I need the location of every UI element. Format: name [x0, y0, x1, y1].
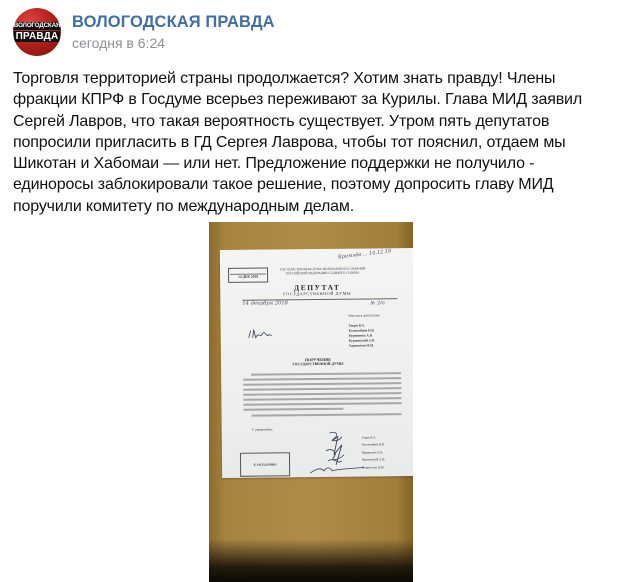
- body-text-line: [243, 387, 401, 390]
- avatar[interactable]: ВОЛОГОДСКАЯ ПРАВДА: [13, 8, 61, 56]
- document-subtitle: ГОСУДАРСТВЕННОЙ ДУМЫ: [220, 290, 413, 297]
- body-text-line: [252, 413, 402, 416]
- signer-name: Харитонов Н.М.: [362, 464, 385, 472]
- post-timestamp[interactable]: сегодня в 6:24: [72, 34, 275, 52]
- avatar-logo-line2: ПРАВДА: [14, 31, 61, 42]
- post-text: Торговля территорией страны продолжается…: [13, 68, 613, 217]
- body-text-line: [243, 397, 401, 400]
- body-text-line: [243, 392, 401, 395]
- signer-name: Коломейцев Н.В.: [362, 442, 385, 450]
- bottom-stamp: К ЗАСЕДАНИЮ: [240, 452, 290, 477]
- signers-list: Гаврв В.А. Коломейцев Н.В. Курвинова А.В…: [362, 434, 386, 471]
- stamp-date: 14 ДЕК 2018: [230, 276, 266, 280]
- body-text-line: [243, 408, 343, 411]
- avatar-logo-line1: ВОЛОГОДСКАЯ: [13, 22, 61, 30]
- header-text: ВОЛОГОДСКАЯ ПРАВДА сегодня в 6:24: [72, 12, 275, 52]
- body-text-line: [243, 382, 401, 385]
- closing-text: С уважением,: [252, 427, 273, 431]
- registration-stamp: 14 ДЕК 2018: [228, 268, 268, 283]
- post-photo[interactable]: Кремлёв ... 14.12.18 14 ДЕК 2018 ГОСУДАР…: [209, 222, 413, 582]
- signature-icon: [247, 327, 281, 341]
- body-text-line: [251, 372, 401, 375]
- body-text-line: [243, 377, 401, 380]
- signer-name: Курпенький А.В.: [362, 457, 385, 465]
- signatures-icon: [308, 430, 368, 477]
- deputies-list: Гаврв В.А. Коломейцев Н.В. Курвинова А.В…: [349, 323, 376, 348]
- body-text-line: [243, 402, 401, 405]
- introduced-by: Вносится депутатами: [348, 313, 379, 317]
- post-header: ВОЛОГОДСКАЯ ПРАВДА ВОЛОГОДСКАЯ ПРАВДА се…: [13, 8, 275, 56]
- handwritten-number: № 3/п: [370, 300, 384, 306]
- deputy-name: Харитонов Н.М.: [349, 343, 375, 348]
- handwritten-note-top: Кремлёв ... 14.12.18: [338, 246, 408, 260]
- handwritten-date: 14 декабря 2018: [242, 300, 288, 306]
- document-sheet: Кремлёв ... 14.12.18 14 ДЕК 2018 ГОСУДАР…: [220, 248, 413, 478]
- bottom-stamp-text: К ЗАСЕДАНИЮ: [242, 463, 288, 467]
- order-subtitle: ГОСУДАРСТВЕННОЙ ДУМЫ: [221, 361, 413, 367]
- document-header-small: ГОСУДАРСТВЕННАЯ ДУМА ФЕДЕРАЛЬНОГО СОБРАН…: [275, 266, 370, 275]
- author-name[interactable]: ВОЛОГОДСКАЯ ПРАВДА: [72, 12, 275, 32]
